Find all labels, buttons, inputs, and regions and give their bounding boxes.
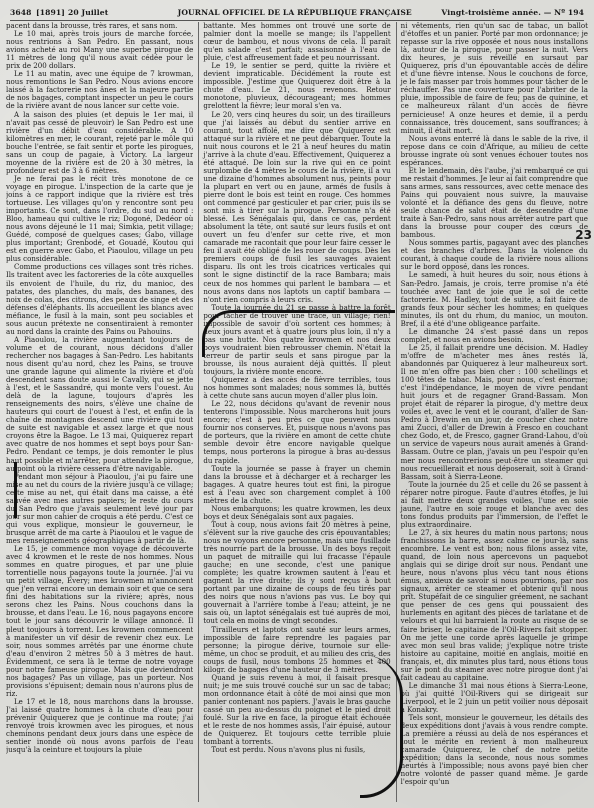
issue-date: 20 Juillet	[68, 8, 148, 17]
paragraph: Nous sommes partis, pagayant avec des pl…	[401, 239, 588, 271]
paragraph: Nous embarquons; les quatre krowmen, les…	[203, 505, 390, 521]
paragraph: Tout est perdu. Nous n'avons plus ni fus…	[203, 746, 390, 754]
paragraph: Quiquerez a des accès de fièvre terrible…	[203, 376, 390, 400]
paragraph: Comme productions ces villages sont très…	[6, 263, 193, 335]
paragraph: Le 11 au matin, avec une équipe de 7 kro…	[6, 70, 193, 110]
paragraph: Le 10 mai, après trois jours de marche f…	[6, 30, 193, 70]
paragraph: ni vêtements, rien qu'un sac de tabac, u…	[401, 22, 588, 135]
paragraph: Je ne ferai pas le récit très monotone d…	[6, 175, 193, 264]
page-number: 3648	[10, 8, 36, 17]
paragraph: Et le lendemain, dès l'aube, j'ai rembar…	[401, 167, 588, 239]
paragraph: Toute la journée se passe à frayer un ch…	[203, 465, 390, 505]
column-middle: battante. Mes hommes ont trouvé une sort…	[198, 22, 390, 802]
paragraph: Le dimanche 31 mai nous étions à Sierra-…	[401, 682, 588, 714]
paragraph: Toute la journée du 25 et celle du 26 se…	[401, 481, 588, 529]
text-columns: pacent dans la brousse, très rares, et s…	[6, 22, 588, 802]
paragraph: Nous avons enterré là dans le sable de l…	[401, 135, 588, 167]
journal-title: JOURNAL OFFICIEL DE LA RÉPUBLIQUE FRANÇA…	[148, 8, 441, 17]
paragraph: Tirailleurs et laptots ont sauté sur leu…	[203, 626, 390, 674]
paragraph: Quand je suis revenu à moi, il faisait p…	[203, 674, 390, 746]
column-left: pacent dans la brousse, très rares, et s…	[6, 22, 193, 802]
paragraph: Le 22, nous décidons qu'avant de revenir…	[203, 400, 390, 464]
paragraph: Le 27, à six heures du matin nous parton…	[401, 529, 588, 682]
paragraph: Toute la journée du 21 se passe à battre…	[203, 304, 390, 376]
paragraph: Le 20, vers cinq heures du soir, un des …	[203, 111, 390, 304]
paragraph: Le samedi, à huit heures du soir, nous é…	[401, 271, 588, 327]
paragraph: Le 25, il fallait prendre une décision. …	[401, 344, 588, 481]
paragraph: A Piaoulou, la rivière augmentant toujou…	[6, 336, 193, 473]
paragraph: Pendant mon séjour à Piaoulou, j'ai pu f…	[6, 473, 193, 545]
year: [1891]	[36, 8, 68, 17]
paragraph: Le 19, le sentier se perd, quitte la riv…	[203, 62, 390, 110]
handwritten-margin-note: 23	[575, 228, 592, 242]
column-right: ni vêtements, rien qu'un sac de tabac, u…	[396, 22, 588, 802]
page-header: 3648 [1891] 20 Juillet JOURNAL OFFICIEL …	[10, 4, 584, 21]
paragraph: Le 15, je commence mon voyage de découve…	[6, 545, 193, 698]
newspaper-page: 3648 [1891] 20 Juillet JOURNAL OFFICIEL …	[0, 0, 594, 808]
paragraph: Le 17 et le 18, nous marchons dans la br…	[6, 698, 193, 754]
paragraph: Tels sont, monsieur le gouverneur, les d…	[401, 714, 588, 786]
paragraph: Tout à coup, nous avions fait 20 mètres …	[203, 521, 390, 626]
paragraph: A la saison des pluies (et depuis le 1er…	[6, 111, 193, 175]
paragraph: Le dimanche 24 s'est passé dans un repos…	[401, 328, 588, 344]
edition-number: Vingt-troisième année. — Nº 194	[441, 8, 584, 17]
paragraph: battante. Mes hommes ont trouvé une sort…	[203, 22, 390, 62]
